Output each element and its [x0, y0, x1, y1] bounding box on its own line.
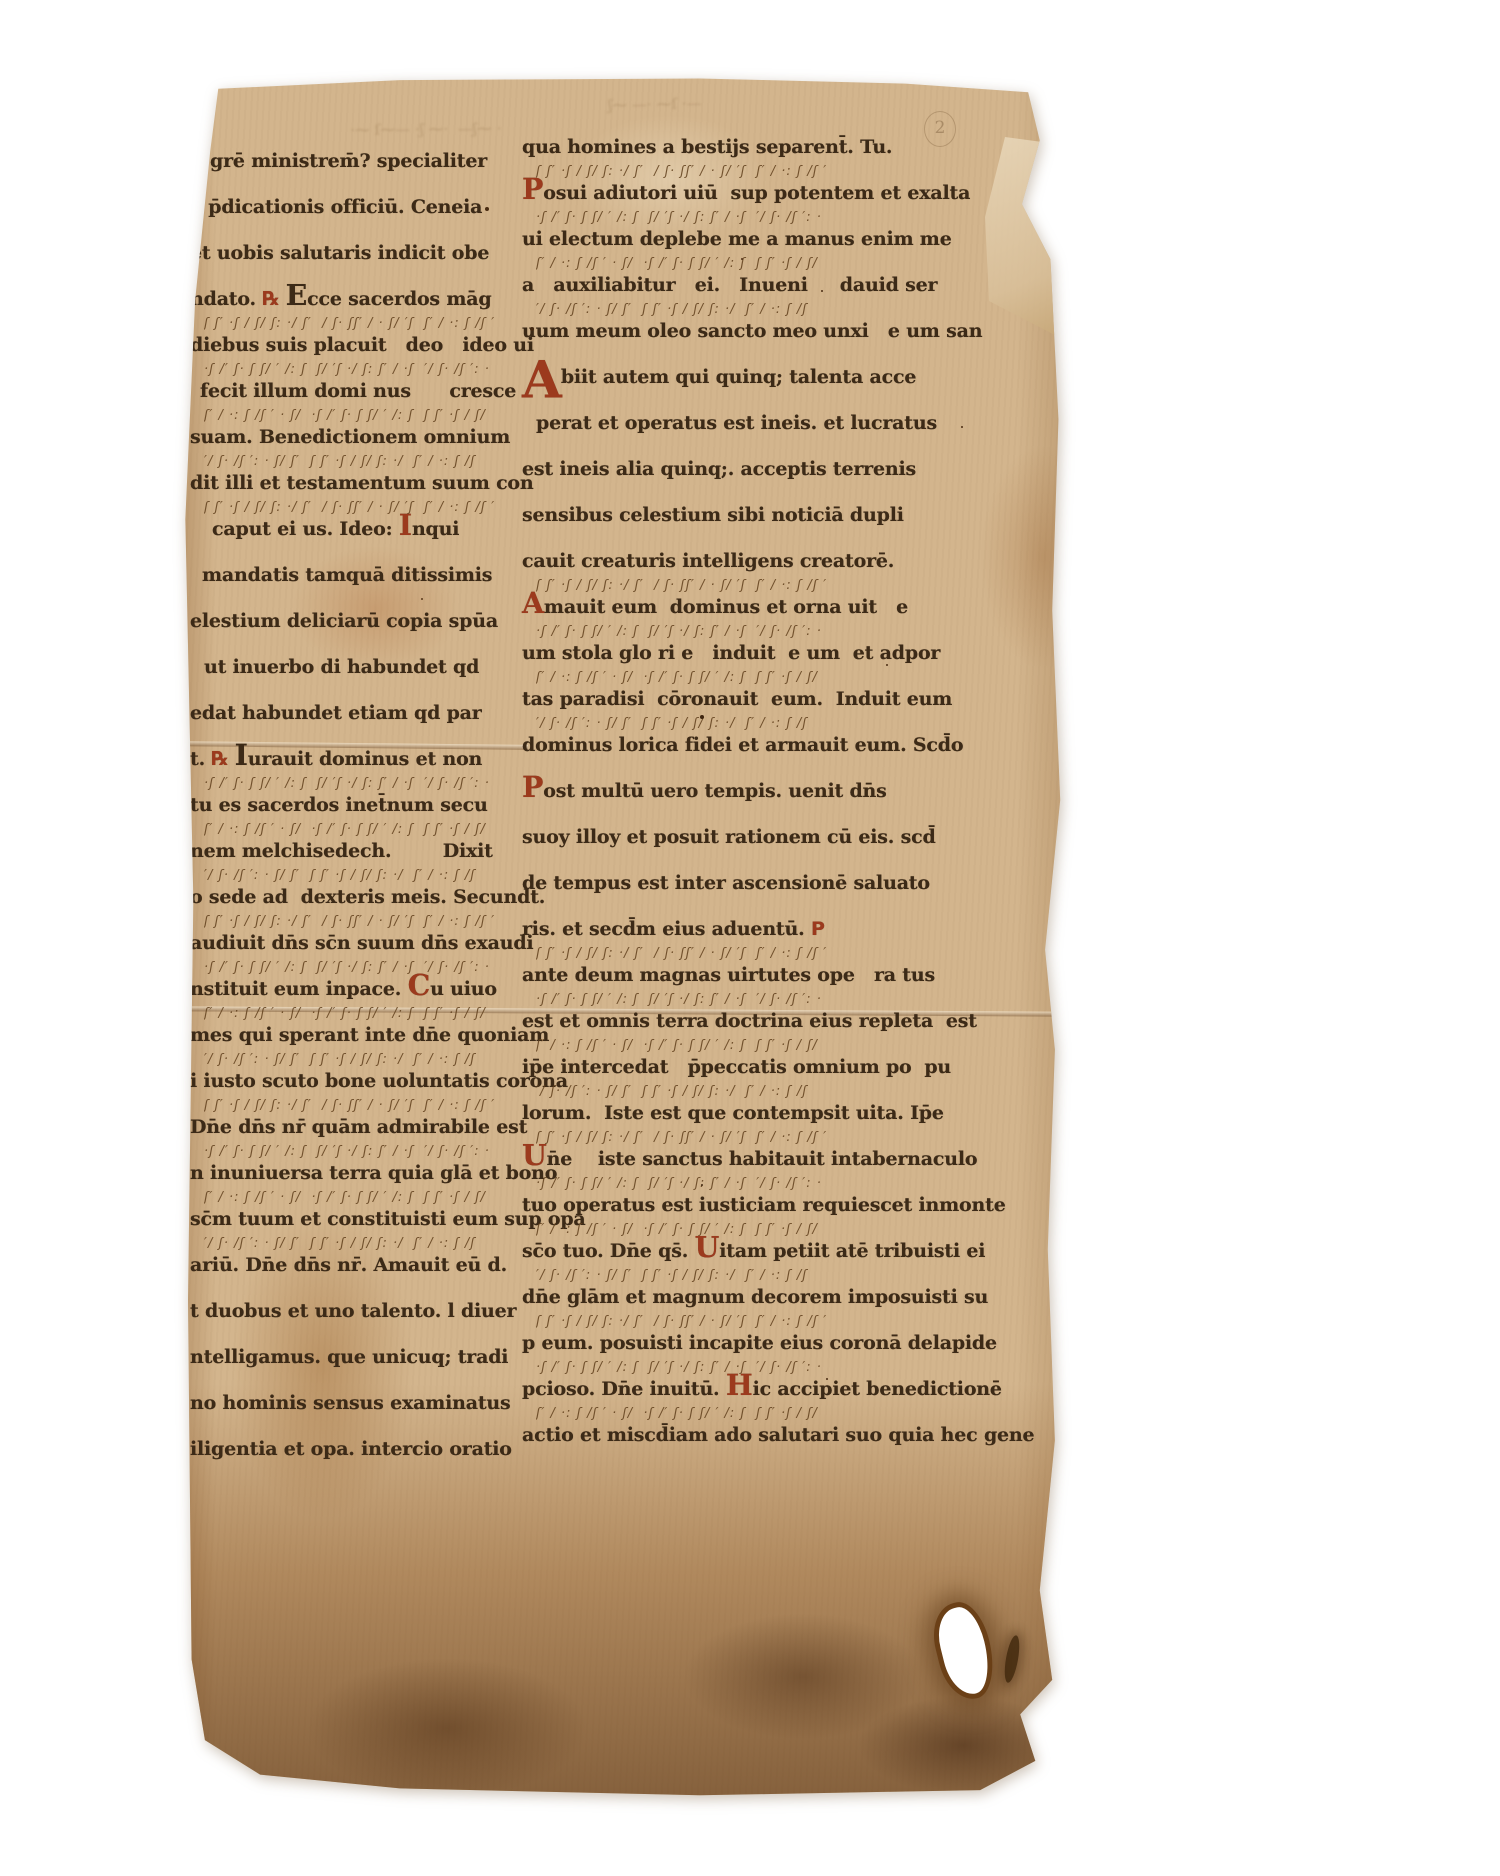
line-text: audiuit dn̄s sc̄n suum dn̄s exaudi [190, 929, 552, 957]
line-text: pcioso. Dn̄e inuitū. Hic accipiet benedi… [522, 1375, 998, 1403]
line-text: qua homines a bestijs separent̄. Tu. [522, 133, 998, 161]
show-through-marks: ʃ⁓ —· ⁓ſ ·— [608, 90, 908, 114]
text-segment: u uiuo [430, 978, 497, 1000]
text-segment: mauit eum dominus et orna uit e [544, 596, 908, 618]
text-line: ʃ ʃ′ ·ʃ / ʃ/ ʃ: ·/ ʃ′ / ʃ· ʃʃ′ / · ʃ/ ′ʃ… [522, 945, 968, 991]
neume-notation-row: ′/ ʃ· /ʃ ′: · ʃ/ ʃ′ ʃ ʃ′ ·ʃ / ʃ/ ʃ: ·/ ʃ… [536, 302, 968, 318]
text-segment: ost multū uero tempis. uenit dn̄s [543, 780, 886, 802]
text-line: t. ℞ Iurauit dominus et non [190, 729, 522, 775]
line-text: nstituit eum inpace. Cu uiuo [190, 975, 552, 1003]
text-segment: est ineis alia quinq;. acceptis terrenis [522, 458, 916, 480]
text-segment: mandatis tamquā ditissimis [202, 564, 492, 586]
text-line: ʃ ʃ′ ·ʃ / ʃ/ ʃ: ·/ ʃ′ / ʃ· ʃʃ′ / · ʃ/ ′ʃ… [522, 1313, 968, 1359]
text-segment: sc̄o tuo. Dn̄e qs̄. [522, 1240, 695, 1262]
text-segment: i iusto scuto bone uoluntatis corona [190, 1070, 568, 1092]
line-text: mandatis tamquā ditissimis [190, 561, 552, 589]
text-line: ·ʃ /′ ʃ· ʃ ʃ/ ′ /: ʃ ʃ/ ′ʃ ·/ ʃ: ʃ′ / ·ʃ… [522, 991, 968, 1037]
neume-notation-row: ʃ′ / ·: ʃ /ʃ ′ · ʃ/ ·ʃ /′ ʃ· ʃ ʃ/ ′ /: ʃ… [204, 408, 522, 424]
text-line: ′/ ʃ· /ʃ ′: · ʃ/ ʃ′ ʃ ʃ′ ·ʃ / ʃ/ ʃ: ·/ ʃ… [522, 715, 968, 761]
line-text: fecit illum domi nus cresce [190, 377, 552, 405]
line-text: ndato. ℞ Ecce sacerdos māg [190, 285, 552, 313]
neume-notation-row: ·ʃ /′ ʃ· ʃ ʃ/ ′ /: ʃ ʃ/ ′ʃ ·/ ʃ: ʃ′ / ·ʃ… [536, 992, 968, 1008]
text-line: ′/ ʃ· /ʃ ′: · ʃ/ ʃ′ ʃ ʃ′ ·ʃ / ʃ/ ʃ: ·/ ʃ… [522, 301, 968, 347]
text-line: ·ʃ /′ ʃ· ʃ ʃ/ ′ /: ʃ ʃ/ ′ʃ ·/ ʃ: ʃ′ / ·ʃ… [522, 209, 968, 255]
manuscript-leaf: 2 ·⁓ ſ⁓— ·ʃ ⁓· —ʃ⁓ · ʃ⁓ —· ⁓ſ ·— n grē m… [180, 75, 1070, 1797]
neume-notation-row: ʃ′ / ·: ʃ /ʃ ′ · ʃ/ ·ʃ /′ ʃ· ʃ ʃ/ ′ /: ʃ… [536, 1038, 968, 1054]
line-text: ip̄e intercedat p̄peccatis omnium po pu [522, 1053, 998, 1081]
neume-notation-row: ʃ ʃ′ ·ʃ / ʃ/ ʃ: ·/ ʃ′ / ʃ· ʃʃ′ / · ʃ/ ′ʃ… [536, 578, 968, 594]
text-segment: nqui [412, 518, 459, 540]
photograph-background: 2 ·⁓ ſ⁓— ·ʃ ⁓· —ʃ⁓ · ʃ⁓ —· ⁓ſ ·— n grē m… [0, 0, 1500, 1876]
text-line: ʃ′ / ·: ʃ /ʃ ′ · ʃ/ ·ʃ /′ ʃ· ʃ ʃ/ ′ /: ʃ… [190, 1189, 522, 1235]
line-text: ut inuerbo di habundet qd [190, 653, 552, 681]
text-line: ′/ ʃ· /ʃ ′: · ʃ/ ʃ′ ʃ ʃ′ ·ʃ / ʃ/ ʃ: ·/ ʃ… [190, 867, 522, 913]
neume-notation-row: ʃ′ / ·: ʃ /ʃ ′ · ʃ/ ·ʃ /′ ʃ· ʃ ʃ/ ′ /: ʃ… [536, 256, 968, 272]
text-segment: tas paradisi cōronauit eum. Induit eum [522, 688, 952, 710]
line-text: suoy illoy et posuit rationem cū eis. sc… [522, 823, 998, 851]
text-segment: de tempus est inter ascensionē saluato [522, 872, 930, 894]
text-segment: cauit creaturis intelligens creatorē. [522, 550, 894, 572]
text-line: ʃ ʃ′ ·ʃ / ʃ/ ʃ: ·/ ʃ′ / ʃ· ʃʃ′ / · ʃ/ ′ʃ… [522, 1129, 968, 1175]
neume-notation-row: ·ʃ /′ ʃ· ʃ ʃ/ ′ /: ʃ ʃ/ ′ʃ ·/ ʃ: ʃ′ / ·ʃ… [536, 1176, 968, 1192]
line-text: n grē ministrem̄? specialiter [190, 147, 552, 175]
neume-notation-row: ʃ ʃ′ ·ʃ / ʃ/ ʃ: ·/ ʃ′ / ʃ· ʃʃ′ / · ʃ/ ′ʃ… [536, 946, 968, 962]
line-text: Amauit eum dominus et orna uit e [522, 593, 998, 621]
text-line: ʃ′ / ·: ʃ /ʃ ′ · ʃ/ ·ʃ /′ ʃ· ʃ ʃ/ ′ /: ʃ… [190, 821, 522, 867]
rubric-segment: ℞ [211, 748, 234, 770]
line-text: dominus lorica fidei et armauit eum. Scd… [522, 731, 998, 759]
text-line: est ineis alia quinq;. acceptis terrenis [522, 439, 968, 485]
text-segment: fecit illum domi nus cresce [200, 380, 516, 402]
text-segment: E [286, 278, 308, 312]
text-line: ·ʃ /′ ʃ· ʃ ʃ/ ′ /: ʃ ʃ/ ′ʃ ·/ ʃ: ʃ′ / ·ʃ… [190, 1143, 522, 1189]
text-segment: ui electum deplebe me a manus enim me [522, 228, 952, 250]
text-segment: nstituit eum inpace. [190, 978, 408, 1000]
line-text: edat habundet etiam qd par [190, 699, 552, 727]
line-text: p eum. posuisti incapite eius coronā del… [522, 1329, 998, 1357]
neume-notation-row: ʃ ʃ′ ·ʃ / ʃ/ ʃ: ·/ ʃ′ / ʃ· ʃʃ′ / · ʃ/ ′ʃ… [536, 164, 968, 180]
line-text: ante deum magnas uirtutes ope ra tus [522, 961, 998, 989]
text-line: iligentia et opa. intercio oratio [190, 1419, 522, 1465]
line-text: diebus suis placuit deo ideo ui [190, 331, 552, 359]
text-line: ′/ ʃ· /ʃ ′: · ʃ/ ʃ′ ʃ ʃ′ ·ʃ / ʃ/ ʃ: ·/ ʃ… [190, 1235, 522, 1281]
neume-notation-row: ·ʃ /′ ʃ· ʃ ʃ/ ′ /: ʃ ʃ/ ′ʃ ·/ ʃ: ʃ′ / ·ʃ… [536, 210, 968, 226]
text-line: ·ʃ /′ ʃ· ʃ ʃ/ ′ /: ʃ ʃ/ ′ʃ ·/ ʃ: ʃ′ / ·ʃ… [190, 775, 522, 821]
text-segment: n inuniuersa terra quia glā et bono [190, 1162, 557, 1184]
line-text: perat et operatus est ineis. et lucratus [522, 409, 998, 437]
line-text: sc̄o tuo. Dn̄e qs̄. Uitam petiit atē tri… [522, 1237, 998, 1265]
rubric-segment: P [522, 172, 543, 206]
rubric-segment: I [399, 508, 412, 542]
text-line: ut inuerbo di habundet qd [190, 637, 522, 683]
line-text: sensibus celestium sibi noticiā dupli [522, 501, 998, 529]
text-segment: mes qui sperant inte dn̄e quoniam [190, 1024, 549, 1046]
text-line: ndato. ℞ Ecce sacerdos māg [190, 269, 522, 315]
text-segment: et uobis salutaris indicit obe [190, 242, 489, 264]
text-line: no hominis sensus examinatus [190, 1373, 522, 1419]
text-column-left: n grē ministrem̄? specialiterē p̄dicatio… [190, 131, 522, 1465]
line-text: tas paradisi cōronauit eum. Induit eum [522, 685, 998, 713]
text-segment: suam. Benedictionem omnium [190, 426, 510, 448]
neume-notation-row: ·ʃ /′ ʃ· ʃ ʃ/ ′ /: ʃ ʃ/ ′ʃ ·/ ʃ: ʃ′ / ·ʃ… [204, 362, 522, 378]
text-segment: lorum. Iste est que contempsit uita. Ip̄… [522, 1102, 944, 1124]
line-text: est ineis alia quinq;. acceptis terrenis [522, 455, 998, 483]
text-segment: qua homines a bestijs separent̄. Tu. [522, 136, 892, 158]
line-text: nem melchisedech. Dixit [190, 837, 552, 865]
text-line: ʃ ʃ′ ·ʃ / ʃ/ ʃ: ·/ ʃ′ / ʃ· ʃʃ′ / · ʃ/ ′ʃ… [190, 913, 522, 959]
line-text: no hominis sensus examinatus [190, 1389, 552, 1417]
text-line: n grē ministrem̄? specialiter [190, 131, 522, 177]
neume-notation-row: ʃ ʃ′ ·ʃ / ʃ/ ʃ: ·/ ʃ′ / ʃ· ʃʃ′ / · ʃ/ ′ʃ… [536, 1130, 968, 1146]
rubric-segment: ℞ [262, 288, 285, 310]
text-segment: no hominis sensus examinatus [190, 1392, 511, 1414]
text-segment: ic accipiet benedictionē [753, 1378, 1002, 1400]
text-line: ·ʃ /′ ʃ· ʃ ʃ/ ′ /: ʃ ʃ/ ′ʃ ·/ ʃ: ʃ′ / ·ʃ… [190, 959, 522, 1005]
neume-notation-row: ·ʃ /′ ʃ· ʃ ʃ/ ′ /: ʃ ʃ/ ′ʃ ·/ ʃ: ʃ′ / ·ʃ… [204, 776, 522, 792]
ink-specks [180, 75, 184, 79]
text-segment: elestium deliciarū copia spūa [190, 610, 498, 632]
text-line: ʃ ʃ′ ·ʃ / ʃ/ ʃ: ·/ ʃ′ / ʃ· ʃʃ′ / · ʃ/ ′ʃ… [190, 499, 522, 545]
text-segment: est et omnis terra doctrina eius repleta… [522, 1010, 977, 1032]
line-text: caput ei us. Ideo: Inqui [190, 515, 552, 543]
text-segment: perat et operatus est ineis. et lucratus [536, 412, 937, 434]
text-segment: sensibus celestium sibi noticiā dupli [522, 504, 904, 526]
line-text: i iusto scuto bone uoluntatis corona [190, 1067, 552, 1095]
text-segment: n̄e iste sanctus habitauit intabernaculo [547, 1148, 978, 1170]
line-text: Post multū uero tempis. uenit dn̄s [522, 777, 998, 805]
text-line: Abiit autem qui quinq; talenta acce [522, 347, 968, 393]
text-segment: ariū. Dn̄e dn̄s nr̄. Amauit eū d. [190, 1254, 507, 1276]
line-text: iligentia et opa. intercio oratio [190, 1435, 552, 1463]
text-segment: caput ei us. Ideo: [212, 518, 399, 540]
text-segment: p eum. posuisti incapite eius coronā del… [522, 1332, 997, 1354]
text-segment: dominus lorica fidei et armauit eum. Scd… [522, 734, 963, 756]
neume-notation-row: ′/ ʃ· /ʃ ′: · ʃ/ ʃ′ ʃ ʃ′ ·ʃ / ʃ/ ʃ: ·/ ʃ… [536, 1084, 968, 1100]
line-text: sc̄m tuum et constituisti eum sup opa [190, 1205, 552, 1233]
line-text: Dn̄e dn̄s nr̄ quām admirabile est [190, 1113, 552, 1141]
text-segment: Dn̄e dn̄s nr̄ quām admirabile est [190, 1116, 527, 1138]
text-line: elestium deliciarū copia spūa [190, 591, 522, 637]
rubric-segment: U [522, 1138, 547, 1172]
text-segment: nem melchisedech. Dixit [190, 840, 493, 862]
text-segment: iligentia et opa. intercio oratio [190, 1438, 512, 1460]
neume-notation-row: ʃ ʃ′ ·ʃ / ʃ/ ʃ: ·/ ʃ′ / ʃ· ʃʃ′ / · ʃ/ ′ʃ… [204, 1098, 522, 1114]
parchment-hole [932, 1603, 996, 1699]
manuscript-leaf-wrapper: 2 ·⁓ ſ⁓— ·ʃ ⁓· —ʃ⁓ · ʃ⁓ —· ⁓ſ ·— n grē m… [180, 75, 1070, 1797]
text-line: suoy illoy et posuit rationem cū eis. sc… [522, 807, 968, 853]
text-line: mandatis tamquā ditissimis [190, 545, 522, 591]
line-text: tuo operatus est iusticiam requiescet in… [522, 1191, 998, 1219]
text-segment: itam petiit atē tribuisti ei [719, 1240, 985, 1262]
neume-notation-row: ʃ′ / ·: ʃ /ʃ ′ · ʃ/ ·ʃ /′ ʃ· ʃ ʃ/ ′ /: ʃ… [204, 1190, 522, 1206]
neume-notation-row: ·ʃ /′ ʃ· ʃ ʃ/ ′ /: ʃ ʃ/ ′ʃ ·/ ʃ: ʃ′ / ·ʃ… [204, 960, 522, 976]
text-segment: ē p̄dicationis officiū. Ceneia [190, 196, 482, 218]
text-segment: tu es sacerdos inet̄num secu [190, 794, 488, 816]
line-text: mes qui sperant inte dn̄e quoniam [190, 1021, 552, 1049]
neume-notation-row: ′/ ʃ· /ʃ ′: · ʃ/ ʃ′ ʃ ʃ′ ·ʃ / ʃ/ ʃ: ·/ ʃ… [204, 868, 522, 884]
line-text: ui electum deplebe me a manus enim me [522, 225, 998, 253]
text-segment: ris. et secd̄m eius aduentū. [522, 918, 811, 940]
rubric-segment: U [695, 1230, 720, 1264]
neume-notation-row: ·ʃ /′ ʃ· ʃ ʃ/ ′ /: ʃ ʃ/ ′ʃ ·/ ʃ: ʃ′ / ·ʃ… [536, 624, 968, 640]
text-line: qua homines a bestijs separent̄. Tu. [522, 117, 968, 163]
text-line: ʃ′ / ·: ʃ /ʃ ′ · ʃ/ ·ʃ /′ ʃ· ʃ ʃ/ ′ /: ʃ… [522, 1405, 968, 1451]
text-line: de tempus est inter ascensionē saluato [522, 853, 968, 899]
text-segment: urauit dominus et non [248, 748, 482, 770]
neume-notation-row: ʃ′ / ·: ʃ /ʃ ′ · ʃ/ ·ʃ /′ ʃ· ʃ ʃ/ ′ /: ʃ… [536, 1222, 968, 1238]
neume-notation-row: ʃ ʃ′ ·ʃ / ʃ/ ʃ: ·/ ʃ′ / ʃ· ʃʃ′ / · ʃ/ ′ʃ… [204, 914, 522, 930]
text-segment: dn̄e glām et magnum decorem imposuisti s… [522, 1286, 988, 1308]
text-line: et uobis salutaris indicit obe [190, 223, 522, 269]
text-segment: audiuit dn̄s sc̄n suum dn̄s exaudi [190, 932, 533, 954]
line-text: ntelligamus. que unicuq; tradi [190, 1343, 552, 1371]
text-line: ʃ′ / ·: ʃ /ʃ ′ · ʃ/ ·ʃ /′ ʃ· ʃ ʃ/ ′ /: ʃ… [190, 1005, 522, 1051]
line-text: uum meum oleo sancto meo unxi e um san [522, 317, 998, 345]
text-segment: o sede ad dexteris meis. Secundt. [190, 886, 545, 908]
text-segment: actio et miscd̄iam ado salutari suo quia… [522, 1424, 1034, 1446]
text-segment: dit illi et testamentum suum con [190, 472, 534, 494]
rubric-segment: H [726, 1368, 753, 1402]
text-line: ʃ′ / ·: ʃ /ʃ ′ · ʃ/ ·ʃ /′ ʃ· ʃ ʃ/ ′ /: ʃ… [522, 1037, 968, 1083]
neume-notation-row: ʃ ʃ′ ·ʃ / ʃ/ ʃ: ·/ ʃ′ / ʃ· ʃʃ′ / · ʃ/ ′ʃ… [204, 500, 522, 516]
text-segment: diebus suis placuit deo ideo ui [190, 334, 534, 356]
text-line: ·ʃ /′ ʃ· ʃ ʃ/ ′ /: ʃ ʃ/ ′ʃ ·/ ʃ: ʃ′ / ·ʃ… [522, 1175, 968, 1221]
text-segment: t duobus et uno talento. l diuer [190, 1300, 516, 1322]
text-line: ʃ ʃ′ ·ʃ / ʃ/ ʃ: ·/ ʃ′ / ʃ· ʃʃ′ / · ʃ/ ′ʃ… [522, 163, 968, 209]
text-segment: suoy illoy et posuit rationem cū eis. sc… [522, 826, 936, 848]
neume-notation-row: ʃ ʃ′ ·ʃ / ʃ/ ʃ: ·/ ʃ′ / ʃ· ʃʃ′ / · ʃ/ ′ʃ… [536, 1314, 968, 1330]
line-text: tu es sacerdos inet̄num secu [190, 791, 552, 819]
text-segment: ntelligamus. que unicuq; tradi [190, 1346, 508, 1368]
text-segment: uum meum oleo sancto meo unxi e um san [522, 320, 982, 342]
text-segment: ut inuerbo di habundet qd [204, 656, 479, 678]
text-line: ′/ ʃ· /ʃ ′: · ʃ/ ʃ′ ʃ ʃ′ ·ʃ / ʃ/ ʃ: ·/ ʃ… [190, 1051, 522, 1097]
text-line: ′/ ʃ· /ʃ ′: · ʃ/ ʃ′ ʃ ʃ′ ·ʃ / ʃ/ ʃ: ·/ ʃ… [522, 1083, 968, 1129]
text-segment: I [235, 738, 248, 772]
text-segment: edat habundet etiam qd par [190, 702, 482, 724]
text-line: ʃ′ / ·: ʃ /ʃ ′ · ʃ/ ·ʃ /′ ʃ· ʃ ʃ/ ′ /: ʃ… [522, 1221, 968, 1267]
neume-notation-row: ʃ ʃ′ ·ʃ / ʃ/ ʃ: ·/ ʃ′ / ʃ· ʃʃ′ / · ʃ/ ′ʃ… [204, 316, 522, 332]
text-line: ·ʃ /′ ʃ· ʃ ʃ/ ′ /: ʃ ʃ/ ′ʃ ·/ ʃ: ʃ′ / ·ʃ… [522, 623, 968, 669]
text-line: perat et operatus est ineis. et lucratus [522, 393, 968, 439]
line-text: ris. et secd̄m eius aduentū. P [522, 915, 998, 943]
text-line: edat habundet etiam qd par [190, 683, 522, 729]
neume-notation-row: ′/ ʃ· /ʃ ′: · ʃ/ ʃ′ ʃ ʃ′ ·ʃ / ʃ/ ʃ: ·/ ʃ… [204, 1052, 522, 1068]
neume-notation-row: ʃ′ / ·: ʃ /ʃ ′ · ʃ/ ·ʃ /′ ʃ· ʃ ʃ/ ′ /: ʃ… [536, 670, 968, 686]
rubric-segment: C [408, 968, 430, 1002]
neume-notation-row: ′/ ʃ· /ʃ ′: · ʃ/ ʃ′ ʃ ʃ′ ·ʃ / ʃ/ ʃ: ·/ ʃ… [204, 1236, 522, 1252]
text-segment: pcioso. Dn̄e inuitū. [522, 1378, 726, 1400]
line-text: Un̄e iste sanctus habitauit intabernacul… [522, 1145, 998, 1173]
text-line: ʃ ʃ′ ·ʃ / ʃ/ ʃ: ·/ ʃ′ / ʃ· ʃʃ′ / · ʃ/ ′ʃ… [190, 315, 522, 361]
line-text: Abiit autem qui quinq; talenta acce [522, 363, 998, 391]
text-segment: a auxiliabitur ei. Inueni dauid ser [522, 274, 937, 296]
line-text: n inuniuersa terra quia glā et bono [190, 1159, 552, 1187]
line-text: et uobis salutaris indicit obe [190, 239, 552, 267]
line-text: lorum. Iste est que contempsit uita. Ip̄… [522, 1099, 998, 1127]
line-text: suam. Benedictionem omnium [190, 423, 552, 451]
text-line: ris. et secd̄m eius aduentū. P [522, 899, 968, 945]
line-text: est et omnis terra doctrina eius repleta… [522, 1007, 998, 1035]
line-text: de tempus est inter ascensionē saluato [522, 869, 998, 897]
neume-notation-row: ʃ′ / ·: ʃ /ʃ ′ · ʃ/ ·ʃ /′ ʃ· ʃ ʃ/ ′ /: ʃ… [204, 822, 522, 838]
line-text: Posui adiutori uiū sup potentem et exalt… [522, 179, 998, 207]
text-line: Post multū uero tempis. uenit dn̄s [522, 761, 968, 807]
text-column-right: qua homines a bestijs separent̄. Tu.ʃ ʃ′… [522, 117, 968, 1451]
text-segment: t. [190, 748, 211, 770]
text-line: ′/ ʃ· /ʃ ′: · ʃ/ ʃ′ ʃ ʃ′ ·ʃ / ʃ/ ʃ: ·/ ʃ… [522, 1267, 968, 1313]
line-text: a auxiliabitur ei. Inueni dauid ser [522, 271, 998, 299]
text-segment: n grē ministrem̄? specialiter [190, 150, 487, 172]
text-line: ʃ ʃ′ ·ʃ / ʃ/ ʃ: ·/ ʃ′ / ʃ· ʃʃ′ / · ʃ/ ′ʃ… [522, 577, 968, 623]
line-text: um stola glo ri e induit e um et adpor [522, 639, 998, 667]
line-text: t duobus et uno talento. l diuer [190, 1297, 552, 1325]
text-segment: ndato. [190, 288, 262, 310]
neume-notation-row: ′/ ʃ· /ʃ ′: · ʃ/ ʃ′ ʃ ʃ′ ·ʃ / ʃ/ ʃ: ·/ ʃ… [536, 1268, 968, 1284]
neume-notation-row: ′/ ʃ· /ʃ ′: · ʃ/ ʃ′ ʃ ʃ′ ·ʃ / ʃ/ ʃ: ·/ ʃ… [536, 716, 968, 732]
rubric-segment: A [522, 586, 544, 620]
rubric-segment: P [811, 918, 825, 940]
line-text: cauit creaturis intelligens creatorē. [522, 547, 998, 575]
text-line: ʃ ʃ′ ·ʃ / ʃ/ ʃ: ·/ ʃ′ / ʃ· ʃʃ′ / · ʃ/ ′ʃ… [190, 1097, 522, 1143]
text-segment: biit autem qui quinq; talenta acce [561, 366, 916, 388]
text-segment: osui adiutori uiū sup potentem et exalta [543, 182, 970, 204]
text-line: t duobus et uno talento. l diuer [190, 1281, 522, 1327]
line-text: t. ℞ Iurauit dominus et non [190, 745, 552, 773]
text-segment: ante deum magnas uirtutes ope ra tus [522, 964, 935, 986]
line-text: ē p̄dicationis officiū. Ceneia [190, 193, 552, 221]
parchment-slit [1002, 1634, 1022, 1683]
neume-notation-row: ʃ′ / ·: ʃ /ʃ ′ · ʃ/ ·ʃ /′ ʃ· ʃ ʃ/ ′ /: ʃ… [536, 1406, 968, 1422]
neume-notation-row: ·ʃ /′ ʃ· ʃ ʃ/ ′ /: ʃ ʃ/ ′ʃ ·/ ʃ: ʃ′ / ·ʃ… [204, 1144, 522, 1160]
line-text: actio et miscd̄iam ado salutari suo quia… [522, 1421, 998, 1449]
text-segment: tuo operatus est iusticiam requiescet in… [522, 1194, 1006, 1216]
text-line: ·ʃ /′ ʃ· ʃ ʃ/ ′ /: ʃ ʃ/ ′ʃ ·/ ʃ: ʃ′ / ·ʃ… [522, 1359, 968, 1405]
text-line: cauit creaturis intelligens creatorē. [522, 531, 968, 577]
text-line: ntelligamus. que unicuq; tradi [190, 1327, 522, 1373]
rubric-segment: P [522, 770, 543, 804]
neume-notation-row: ʃ′ / ·: ʃ /ʃ ′ · ʃ/ ·ʃ /′ ʃ· ʃ ʃ/ ′ /: ʃ… [204, 1006, 522, 1022]
line-text: o sede ad dexteris meis. Secundt. [190, 883, 552, 911]
line-text: dit illi et testamentum suum con [190, 469, 552, 497]
text-segment: um stola glo ri e induit e um et adpor [522, 642, 940, 664]
text-line: ʃ′ / ·: ʃ /ʃ ′ · ʃ/ ·ʃ /′ ʃ· ʃ ʃ/ ′ /: ʃ… [522, 669, 968, 715]
neume-notation-row: ′/ ʃ· /ʃ ′: · ʃ/ ʃ′ ʃ ʃ′ ·ʃ / ʃ/ ʃ: ·/ ʃ… [204, 454, 522, 470]
line-text: elestium deliciarū copia spūa [190, 607, 552, 635]
text-segment: ip̄e intercedat p̄peccatis omnium po pu [522, 1056, 951, 1078]
text-line: ʃ′ / ·: ʃ /ʃ ′ · ʃ/ ·ʃ /′ ʃ· ʃ ʃ/ ′ /: ʃ… [190, 407, 522, 453]
text-line: ·ʃ /′ ʃ· ʃ ʃ/ ′ /: ʃ ʃ/ ′ʃ ·/ ʃ: ʃ′ / ·ʃ… [190, 361, 522, 407]
line-text: dn̄e glām et magnum decorem imposuisti s… [522, 1283, 998, 1311]
text-line: ē p̄dicationis officiū. Ceneia [190, 177, 522, 223]
line-text: ariū. Dn̄e dn̄s nr̄. Amauit eū d. [190, 1251, 552, 1279]
text-line: ʃ′ / ·: ʃ /ʃ ′ · ʃ/ ·ʃ /′ ʃ· ʃ ʃ/ ′ /: ʃ… [522, 255, 968, 301]
text-line: ′/ ʃ· /ʃ ′: · ʃ/ ʃ′ ʃ ʃ′ ·ʃ / ʃ/ ʃ: ·/ ʃ… [190, 453, 522, 499]
text-segment: cce sacerdos māg [307, 288, 491, 310]
text-line: sensibus celestium sibi noticiā dupli [522, 485, 968, 531]
